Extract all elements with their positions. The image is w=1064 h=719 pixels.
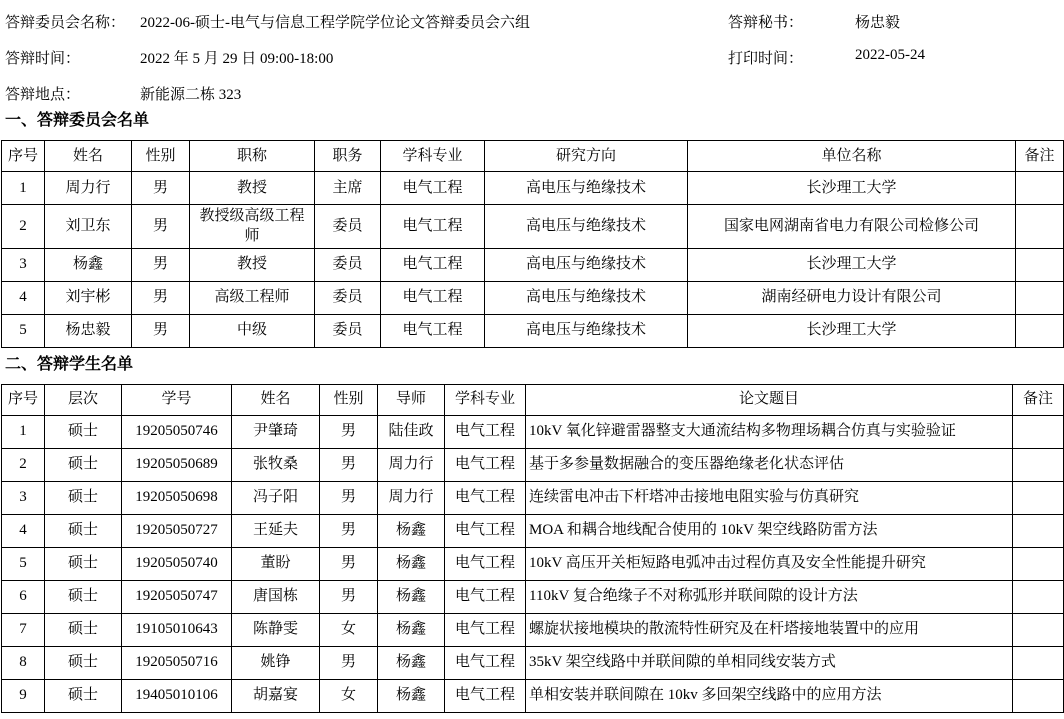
table-cell: 胡嘉宴 (232, 679, 320, 712)
table-row: 1周力行男教授主席电气工程高电压与绝缘技术长沙理工大学 (2, 172, 1064, 205)
table-cell: 螺旋状接地模块的散流特性研究及在杆塔接地装置中的应用 (526, 613, 1013, 646)
table-cell: 男 (320, 514, 378, 547)
table-cell: 委员 (315, 314, 381, 347)
header-left-fields: 答辩委员会名称： 2022-06-硕士-电气与信息工程学院学位论文答辩委员会六组… (5, 11, 530, 119)
table-cell: 19405010106 (122, 679, 232, 712)
table-cell: 1 (2, 415, 45, 448)
committee-section: 一、答辩委员会名单 序号姓名性别职称职务学科专业研究方向单位名称备注 1周力行男… (0, 111, 1064, 348)
table-cell: 硕士 (45, 547, 122, 580)
table-cell: 女 (320, 613, 378, 646)
table-cell: 杨鑫 (378, 679, 445, 712)
column-header: 职务 (315, 141, 381, 172)
column-header: 学科专业 (445, 384, 526, 415)
table-cell: 电气工程 (381, 314, 485, 347)
table-cell: 男 (320, 547, 378, 580)
table-cell: 电气工程 (381, 281, 485, 314)
table-cell: 4 (2, 514, 45, 547)
defense-location-field: 答辩地点： 新能源二栋 323 (5, 83, 530, 103)
table-cell: 刘宇彬 (45, 281, 132, 314)
table-cell: 男 (320, 580, 378, 613)
table-cell: MOA 和耦合地线配合使用的 10kV 架空线路防雷方法 (526, 514, 1013, 547)
defense-location-value: 新能源二栋 323 (140, 83, 241, 104)
students-section-title: 二、答辩学生名单 (0, 355, 1064, 375)
table-row: 5硕士19205050740董盼男杨鑫电气工程10kV 高压开关柜短路电弧冲击过… (2, 547, 1064, 580)
table-cell: 杨鑫 (378, 514, 445, 547)
table-cell: 19205050740 (122, 547, 232, 580)
committee-name-label: 答辩委员会名称： (5, 11, 140, 32)
table-cell: 周力行 (378, 481, 445, 514)
table-cell: 硕士 (45, 646, 122, 679)
column-header: 论文题目 (526, 384, 1013, 415)
table-cell: 尹肇琦 (232, 415, 320, 448)
table-cell: 董盼 (232, 547, 320, 580)
column-header: 姓名 (45, 141, 132, 172)
table-cell: 高电压与绝缘技术 (485, 281, 688, 314)
table-cell: 硕士 (45, 679, 122, 712)
table-cell: 基于多参量数据融合的变压器绝缘老化状态评估 (526, 448, 1013, 481)
table-cell: 男 (320, 415, 378, 448)
table-cell: 国家电网湖南省电力有限公司检修公司 (688, 205, 1016, 249)
table-cell: 刘卫东 (45, 205, 132, 249)
table-row: 7硕士19105010643陈静雯女杨鑫电气工程螺旋状接地模块的散流特性研究及在… (2, 613, 1064, 646)
table-cell: 8 (2, 646, 45, 679)
table-row: 3硕士19205050698冯子阳男周力行电气工程连续雷电冲击下杆塔冲击接地电阻… (2, 481, 1064, 514)
defense-secretary-value: 杨忠毅 (855, 11, 900, 32)
table-cell: 19205050716 (122, 646, 232, 679)
table-cell: 杨鑫 (378, 547, 445, 580)
table-cell: 电气工程 (381, 248, 485, 281)
table-cell: 19205050747 (122, 580, 232, 613)
column-header: 学号 (122, 384, 232, 415)
table-cell: 委员 (315, 281, 381, 314)
table-cell: 高电压与绝缘技术 (485, 205, 688, 249)
table-cell: 高级工程师 (190, 281, 315, 314)
table-cell: 3 (2, 481, 45, 514)
table-cell: 电气工程 (445, 514, 526, 547)
table-cell: 电气工程 (445, 481, 526, 514)
table-cell (1016, 205, 1064, 249)
table-cell: 19205050746 (122, 415, 232, 448)
table-cell: 10kV 氧化锌避雷器整支大通流结构多物理场耦合仿真与实验验证 (526, 415, 1013, 448)
table-cell: 杨鑫 (45, 248, 132, 281)
table-cell: 湖南经研电力设计有限公司 (688, 281, 1016, 314)
table-cell: 张牧桑 (232, 448, 320, 481)
table-cell: 王延夫 (232, 514, 320, 547)
table-cell: 唐国栋 (232, 580, 320, 613)
table-row: 4硕士19205050727王延夫男杨鑫电气工程MOA 和耦合地线配合使用的 1… (2, 514, 1064, 547)
table-cell (1013, 679, 1064, 712)
header-right-fields: 答辩秘书： 杨忠毅 打印时间： 2022-05-24 (728, 11, 925, 83)
table-cell: 高电压与绝缘技术 (485, 314, 688, 347)
table-cell: 10kV 高压开关柜短路电弧冲击过程仿真及安全性能提升研究 (526, 547, 1013, 580)
table-cell: 硕士 (45, 580, 122, 613)
table-cell: 高电压与绝缘技术 (485, 248, 688, 281)
table-cell: 长沙理工大学 (688, 172, 1016, 205)
table-cell: 杨鑫 (378, 580, 445, 613)
committee-name-value: 2022-06-硕士-电气与信息工程学院学位论文答辩委员会六组 (140, 11, 530, 32)
defense-time-field: 答辩时间： 2022 年 5 月 29 日 09:00-18:00 (5, 47, 530, 67)
table-cell (1016, 172, 1064, 205)
table-cell: 2 (2, 448, 45, 481)
table-cell (1013, 613, 1064, 646)
table-cell: 7 (2, 613, 45, 646)
table-cell: 19105010643 (122, 613, 232, 646)
table-cell: 硕士 (45, 514, 122, 547)
table-cell: 35kV 架空线路中并联间隙的单相同线安装方式 (526, 646, 1013, 679)
column-header: 性别 (320, 384, 378, 415)
table-cell: 男 (132, 172, 190, 205)
table-cell: 电气工程 (381, 205, 485, 249)
column-header: 备注 (1016, 141, 1064, 172)
table-row: 2硕士19205050689张牧桑男周力行电气工程基于多参量数据融合的变压器绝缘… (2, 448, 1064, 481)
column-header: 学科专业 (381, 141, 485, 172)
table-cell: 19205050698 (122, 481, 232, 514)
table-cell: 高电压与绝缘技术 (485, 172, 688, 205)
table-cell: 电气工程 (445, 547, 526, 580)
students-section: 二、答辩学生名单 序号层次学号姓名性别导师学科专业论文题目备注 1硕士19205… (0, 355, 1064, 713)
table-cell (1016, 314, 1064, 347)
table-cell: 男 (320, 646, 378, 679)
table-cell: 硕士 (45, 613, 122, 646)
table-cell: 110kV 复合绝缘子不对称弧形并联间隙的设计方法 (526, 580, 1013, 613)
column-header: 序号 (2, 384, 45, 415)
column-header: 研究方向 (485, 141, 688, 172)
column-header: 职称 (190, 141, 315, 172)
column-header: 姓名 (232, 384, 320, 415)
table-row: 8硕士19205050716姚铮男杨鑫电气工程35kV 架空线路中并联间隙的单相… (2, 646, 1064, 679)
column-header: 序号 (2, 141, 45, 172)
defense-time-label: 答辩时间： (5, 47, 140, 68)
table-row: 2刘卫东男教授级高级工程师委员电气工程高电压与绝缘技术国家电网湖南省电力有限公司… (2, 205, 1064, 249)
table-cell: 19205050727 (122, 514, 232, 547)
table-row: 3杨鑫男教授委员电气工程高电压与绝缘技术长沙理工大学 (2, 248, 1064, 281)
committee-table: 序号姓名性别职称职务学科专业研究方向单位名称备注 1周力行男教授主席电气工程高电… (1, 140, 1064, 348)
table-row: 4刘宇彬男高级工程师委员电气工程高电压与绝缘技术湖南经研电力设计有限公司 (2, 281, 1064, 314)
committee-header-row: 序号姓名性别职称职务学科专业研究方向单位名称备注 (2, 141, 1064, 172)
document-header: 答辩委员会名称： 2022-06-硕士-电气与信息工程学院学位论文答辩委员会六组… (0, 0, 1064, 104)
table-cell: 男 (132, 205, 190, 249)
table-row: 5杨忠毅男中级委员电气工程高电压与绝缘技术长沙理工大学 (2, 314, 1064, 347)
table-cell (1013, 514, 1064, 547)
table-cell (1013, 580, 1064, 613)
table-cell (1013, 415, 1064, 448)
table-cell: 电气工程 (445, 580, 526, 613)
table-cell: 电气工程 (445, 613, 526, 646)
column-header: 备注 (1013, 384, 1064, 415)
defense-secretary-field: 答辩秘书： 杨忠毅 (728, 11, 925, 31)
committee-name-field: 答辩委员会名称： 2022-06-硕士-电气与信息工程学院学位论文答辩委员会六组 (5, 11, 530, 31)
column-header: 单位名称 (688, 141, 1016, 172)
table-cell: 男 (132, 248, 190, 281)
table-cell: 教授 (190, 172, 315, 205)
table-cell: 4 (2, 281, 45, 314)
table-cell: 3 (2, 248, 45, 281)
table-cell: 1 (2, 172, 45, 205)
table-cell: 杨鑫 (378, 646, 445, 679)
column-header: 性别 (132, 141, 190, 172)
table-cell: 陆佳政 (378, 415, 445, 448)
column-header: 导师 (378, 384, 445, 415)
defense-location-label: 答辩地点： (5, 83, 140, 104)
print-time-label: 打印时间： (728, 47, 855, 68)
table-cell (1016, 281, 1064, 314)
column-header: 层次 (45, 384, 122, 415)
table-row: 6硕士19205050747唐国栋男杨鑫电气工程110kV 复合绝缘子不对称弧形… (2, 580, 1064, 613)
table-cell: 单相安装并联间隙在 10kv 多回架空线路中的应用方法 (526, 679, 1013, 712)
table-cell (1013, 547, 1064, 580)
table-cell: 教授 (190, 248, 315, 281)
table-cell: 长沙理工大学 (688, 314, 1016, 347)
table-cell: 2 (2, 205, 45, 249)
table-cell: 委员 (315, 205, 381, 249)
table-cell: 电气工程 (445, 646, 526, 679)
table-cell: 男 (132, 314, 190, 347)
table-cell: 长沙理工大学 (688, 248, 1016, 281)
table-cell: 教授级高级工程师 (190, 205, 315, 249)
table-row: 1硕士19205050746尹肇琦男陆佳政电气工程10kV 氧化锌避雷器整支大通… (2, 415, 1064, 448)
defense-time-value: 2022 年 5 月 29 日 09:00-18:00 (140, 47, 333, 68)
table-cell (1016, 248, 1064, 281)
table-cell: 硕士 (45, 481, 122, 514)
table-cell: 男 (320, 481, 378, 514)
students-header-row: 序号层次学号姓名性别导师学科专业论文题目备注 (2, 384, 1064, 415)
table-cell: 主席 (315, 172, 381, 205)
print-time-value: 2022-05-24 (855, 47, 925, 64)
table-cell: 硕士 (45, 448, 122, 481)
table-cell: 委员 (315, 248, 381, 281)
defense-secretary-label: 答辩秘书： (728, 11, 855, 32)
table-cell: 男 (320, 448, 378, 481)
table-cell (1013, 646, 1064, 679)
table-cell: 5 (2, 547, 45, 580)
table-cell: 连续雷电冲击下杆塔冲击接地电阻实验与仿真研究 (526, 481, 1013, 514)
table-cell: 周力行 (45, 172, 132, 205)
table-cell: 陈静雯 (232, 613, 320, 646)
students-table: 序号层次学号姓名性别导师学科专业论文题目备注 1硕士19205050746尹肇琦… (1, 384, 1064, 713)
table-cell: 电气工程 (445, 415, 526, 448)
table-cell: 中级 (190, 314, 315, 347)
table-cell: 姚铮 (232, 646, 320, 679)
table-cell: 电气工程 (381, 172, 485, 205)
table-cell (1013, 448, 1064, 481)
table-cell (1013, 481, 1064, 514)
table-cell: 5 (2, 314, 45, 347)
table-cell: 电气工程 (445, 679, 526, 712)
table-cell: 9 (2, 679, 45, 712)
table-cell: 6 (2, 580, 45, 613)
table-cell: 电气工程 (445, 448, 526, 481)
document-page: 答辩委员会名称： 2022-06-硕士-电气与信息工程学院学位论文答辩委员会六组… (0, 0, 1064, 719)
table-cell: 杨忠毅 (45, 314, 132, 347)
table-cell: 冯子阳 (232, 481, 320, 514)
table-row: 9硕士19405010106胡嘉宴女杨鑫电气工程单相安装并联间隙在 10kv 多… (2, 679, 1064, 712)
table-cell: 硕士 (45, 415, 122, 448)
print-time-field: 打印时间： 2022-05-24 (728, 47, 925, 67)
table-cell: 男 (132, 281, 190, 314)
table-cell: 女 (320, 679, 378, 712)
table-cell: 周力行 (378, 448, 445, 481)
table-cell: 19205050689 (122, 448, 232, 481)
table-cell: 杨鑫 (378, 613, 445, 646)
